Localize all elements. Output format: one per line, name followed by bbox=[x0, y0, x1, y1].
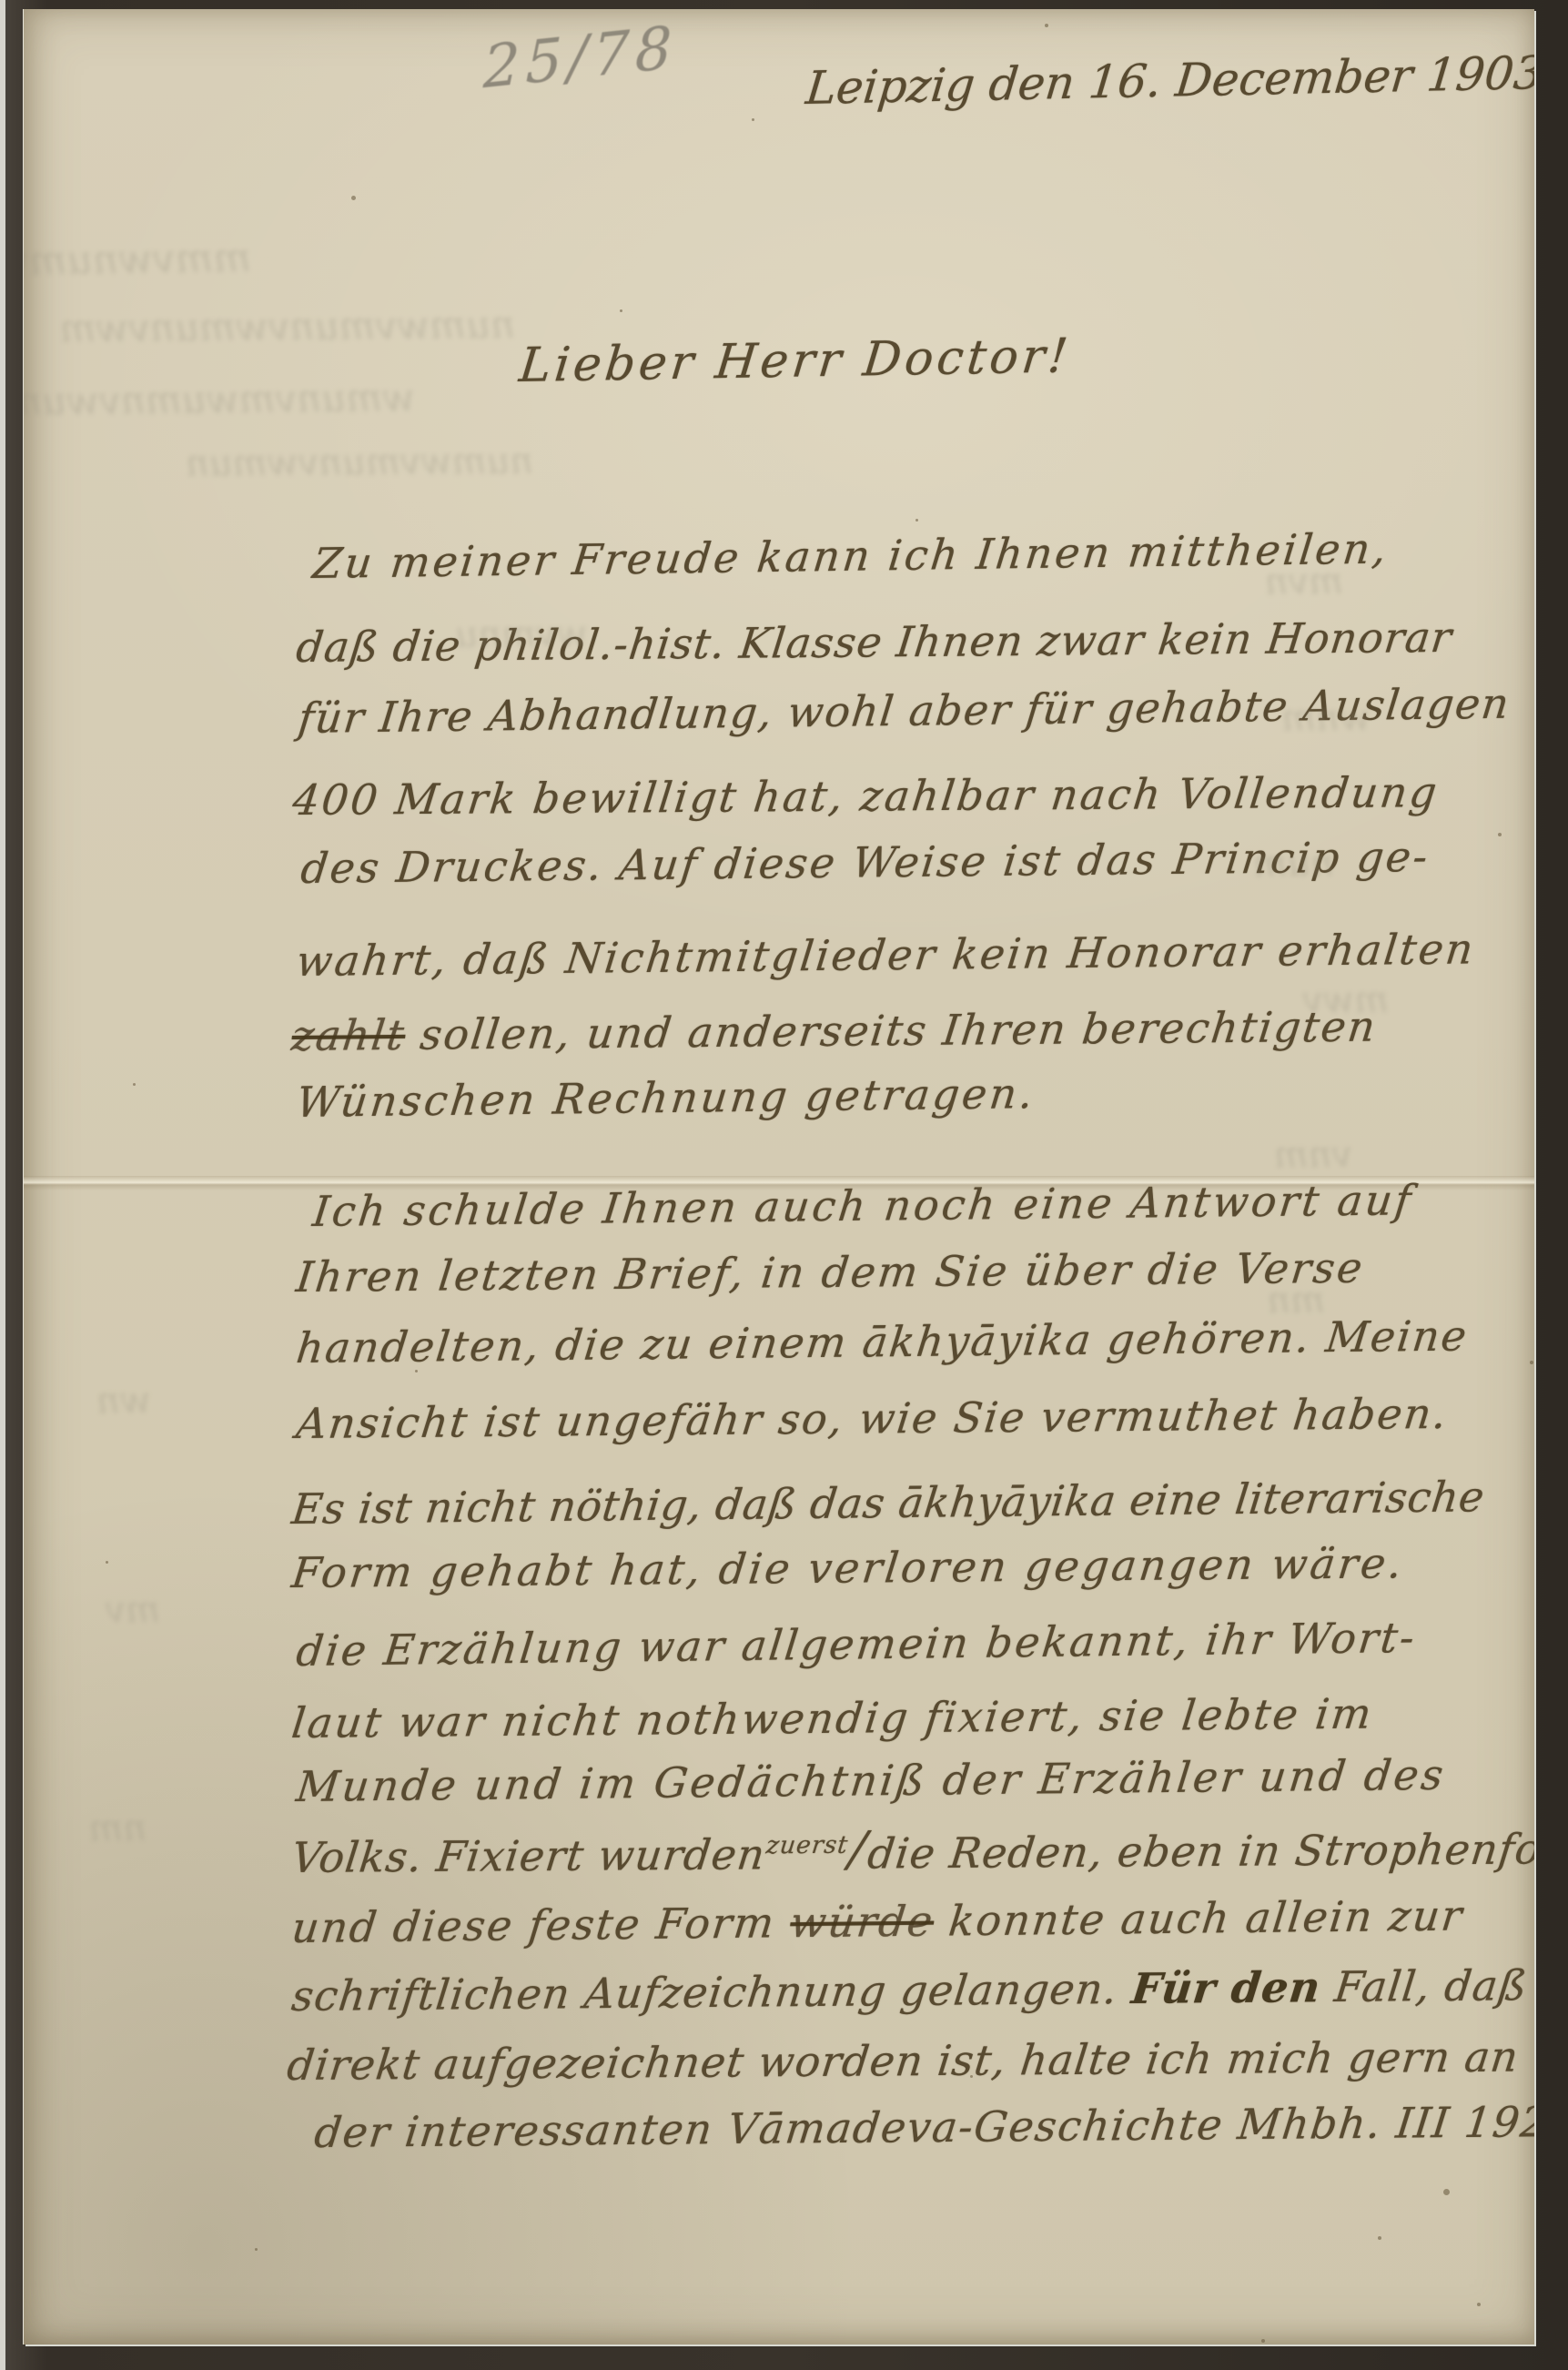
paper-speck bbox=[1443, 2189, 1450, 2195]
paper-speck bbox=[752, 118, 754, 121]
handwriting-segment: zuerst bbox=[764, 1831, 850, 1860]
paper-speck bbox=[351, 196, 356, 200]
paper-speck bbox=[620, 309, 622, 312]
handwriting-line: Zu meiner Freude kann ich Ihnen mittheil… bbox=[310, 523, 1391, 588]
paper-speck bbox=[106, 1561, 108, 1564]
handwriting-segment: die Reden, eben in Strophenform, bbox=[865, 1824, 1534, 1879]
bleedthrough-mark: nm bbox=[88, 1808, 147, 1849]
handwriting-line: Ihren letzten Brief, in dem Sie über die… bbox=[294, 1243, 1367, 1301]
handwriting-segment: direkt aufgezeichnet worden ist, halte i… bbox=[285, 2032, 1522, 2090]
paper-speck bbox=[1045, 24, 1048, 27]
handwriting-segment: schriftlichen Aufzeichnung gelangen. bbox=[289, 1964, 1135, 2021]
handwriting-segment: Volks. Fixiert wurden bbox=[289, 1829, 768, 1882]
paper-speck bbox=[133, 1083, 136, 1086]
handwriting-line: die Erzählung war allgemein bekannt, ihr… bbox=[294, 1613, 1419, 1676]
handwriting-segment: konnte auch allein zur bbox=[931, 1890, 1466, 1945]
bleedthrough-mark: mn bbox=[1267, 1280, 1325, 1322]
bleedthrough-mark: mvn bbox=[1265, 561, 1344, 603]
handwriting-segment: Munde und im Gedächtniß der Erzähler und… bbox=[294, 1750, 1449, 1811]
salutation: Lieber Herr Doctor! bbox=[517, 329, 1074, 393]
paper-speck bbox=[1261, 2339, 1265, 2343]
handwriting-segment: und diese feste Form bbox=[289, 1898, 794, 1952]
handwriting-segment: die Erzählung war allgemein bekannt, ihr… bbox=[294, 1613, 1419, 1676]
bleedthrough-mark: numwvmunvwmun bbox=[186, 441, 533, 485]
handwriting-segment: Es ist nicht nöthig, daß das ākhyāyika e… bbox=[289, 1472, 1487, 1534]
handwriting-segment: Zu meiner Freude kann ich Ihnen mittheil… bbox=[310, 523, 1391, 588]
handwriting-line: schriftlichen Aufzeichnung gelangen. Für… bbox=[289, 1960, 1530, 2021]
handwriting-segment: laut war nicht nothwendig fixiert, sie l… bbox=[289, 1689, 1376, 1747]
handwriting-line: Wünschen Rechnung getragen. bbox=[294, 1069, 1038, 1127]
handwriting-segment: 400 Mark bewilligt hat, zahlbar nach Vol… bbox=[290, 767, 1442, 825]
handwriting-line: zahlt sollen, und anderseits Ihren berec… bbox=[289, 1002, 1380, 1060]
handwriting-line: Es ist nicht nöthig, daß das ākhyāyika e… bbox=[289, 1472, 1487, 1534]
handwriting-line: direkt aufgezeichnet worden ist, halte i… bbox=[285, 2032, 1522, 2090]
handwriting-segment: Für den bbox=[1129, 1962, 1324, 2013]
date-line: Leipzig den 16. December 1903 bbox=[804, 46, 1534, 115]
handwriting-line: Ansicht ist ungefähr so, wie Sie vermuth… bbox=[294, 1389, 1451, 1448]
bleedthrough-mark: num bbox=[1252, 843, 1334, 886]
handwriting-line: 400 Mark bewilligt hat, zahlbar nach Vol… bbox=[290, 767, 1442, 825]
handwriting-line: der interessanten Vāmadeva-Geschichte Mh… bbox=[312, 2097, 1534, 2157]
handwriting-segment: sollen, und anderseits Ihren berechtigte… bbox=[402, 1002, 1379, 1059]
paper-speck bbox=[970, 2075, 973, 2078]
paper-speck bbox=[916, 519, 918, 522]
bleedthrough-mark: mmvwnumvnuwmnvmuwnmvnuwmmwvnum bbox=[24, 235, 251, 294]
handwriting-line: Form gehabt hat, die verloren gegangen w… bbox=[289, 1538, 1407, 1597]
bleedthrough-mark: mv bbox=[105, 1589, 160, 1631]
letter-page: 25/78 Leipzig den 16. December 1903 Lieb… bbox=[24, 9, 1534, 2345]
bleedthrough-mark: wvmnu bbox=[455, 613, 589, 656]
bleedthrough-mark: wn bbox=[96, 1380, 151, 1423]
handwriting-segment: der interessanten Vāmadeva-Geschichte Mh… bbox=[312, 2097, 1534, 2157]
handwriting-line: und diese feste Form würde konnte auch a… bbox=[289, 1890, 1466, 1952]
handwriting-segment: Ansicht ist ungefähr so, wie Sie vermuth… bbox=[294, 1389, 1451, 1448]
scanned-letter-background: 25/78 Leipzig den 16. December 1903 Lieb… bbox=[0, 0, 1568, 2370]
handwriting-line: Munde und im Gedächtniß der Erzähler und… bbox=[294, 1750, 1449, 1811]
bleedthrough-mark: numwvmunvwmunvwm bbox=[59, 302, 515, 350]
bleedthrough-mark: vnm bbox=[1274, 1134, 1353, 1177]
paper-speck bbox=[1378, 2236, 1381, 2240]
paper-speck bbox=[1477, 2303, 1481, 2306]
handwriting-line: Ich schulde Ihnen auch noch eine Antwort… bbox=[310, 1175, 1416, 1236]
handwriting-segment: würde bbox=[788, 1897, 937, 1948]
bleedthrough-mark: wmunvmwumnvwumnvm bbox=[24, 375, 415, 425]
handwriting-segment: wahrt, daß Nichtmitglieder kein Honorar … bbox=[294, 924, 1478, 986]
handwriting-segment: Ich schulde Ihnen auch noch eine Antwort… bbox=[310, 1175, 1416, 1236]
paper-speck bbox=[1498, 833, 1502, 836]
paper-speck bbox=[415, 1370, 418, 1372]
handwriting-segment: zahlt bbox=[289, 1010, 409, 1060]
bleedthrough-mark: wnm bbox=[1281, 697, 1371, 739]
handwriting-segment: Ihren letzten Brief, in dem Sie über die… bbox=[294, 1243, 1367, 1301]
paper-speck bbox=[1530, 1361, 1533, 1364]
handwriting-line: laut war nicht nothwendig fixiert, sie l… bbox=[289, 1689, 1376, 1747]
scan-edge-sliver bbox=[0, 0, 5, 2370]
handwriting-line: wahrt, daß Nichtmitglieder kein Honorar … bbox=[294, 924, 1478, 986]
bleedthrough-mark: mwv bbox=[1302, 979, 1389, 1021]
handwriting-segment: Fall, daß bbox=[1318, 1960, 1530, 2011]
handwriting-segment: Form gehabt hat, die verloren gegangen w… bbox=[289, 1538, 1407, 1597]
handwriting-line: Volks. Fixiert wurdenzuerst/die Reden, e… bbox=[288, 1819, 1534, 1884]
handwriting-segment: Wünschen Rechnung getragen. bbox=[294, 1069, 1038, 1127]
folio-number: 25/78 bbox=[482, 14, 678, 102]
paper-speck bbox=[255, 2248, 258, 2251]
